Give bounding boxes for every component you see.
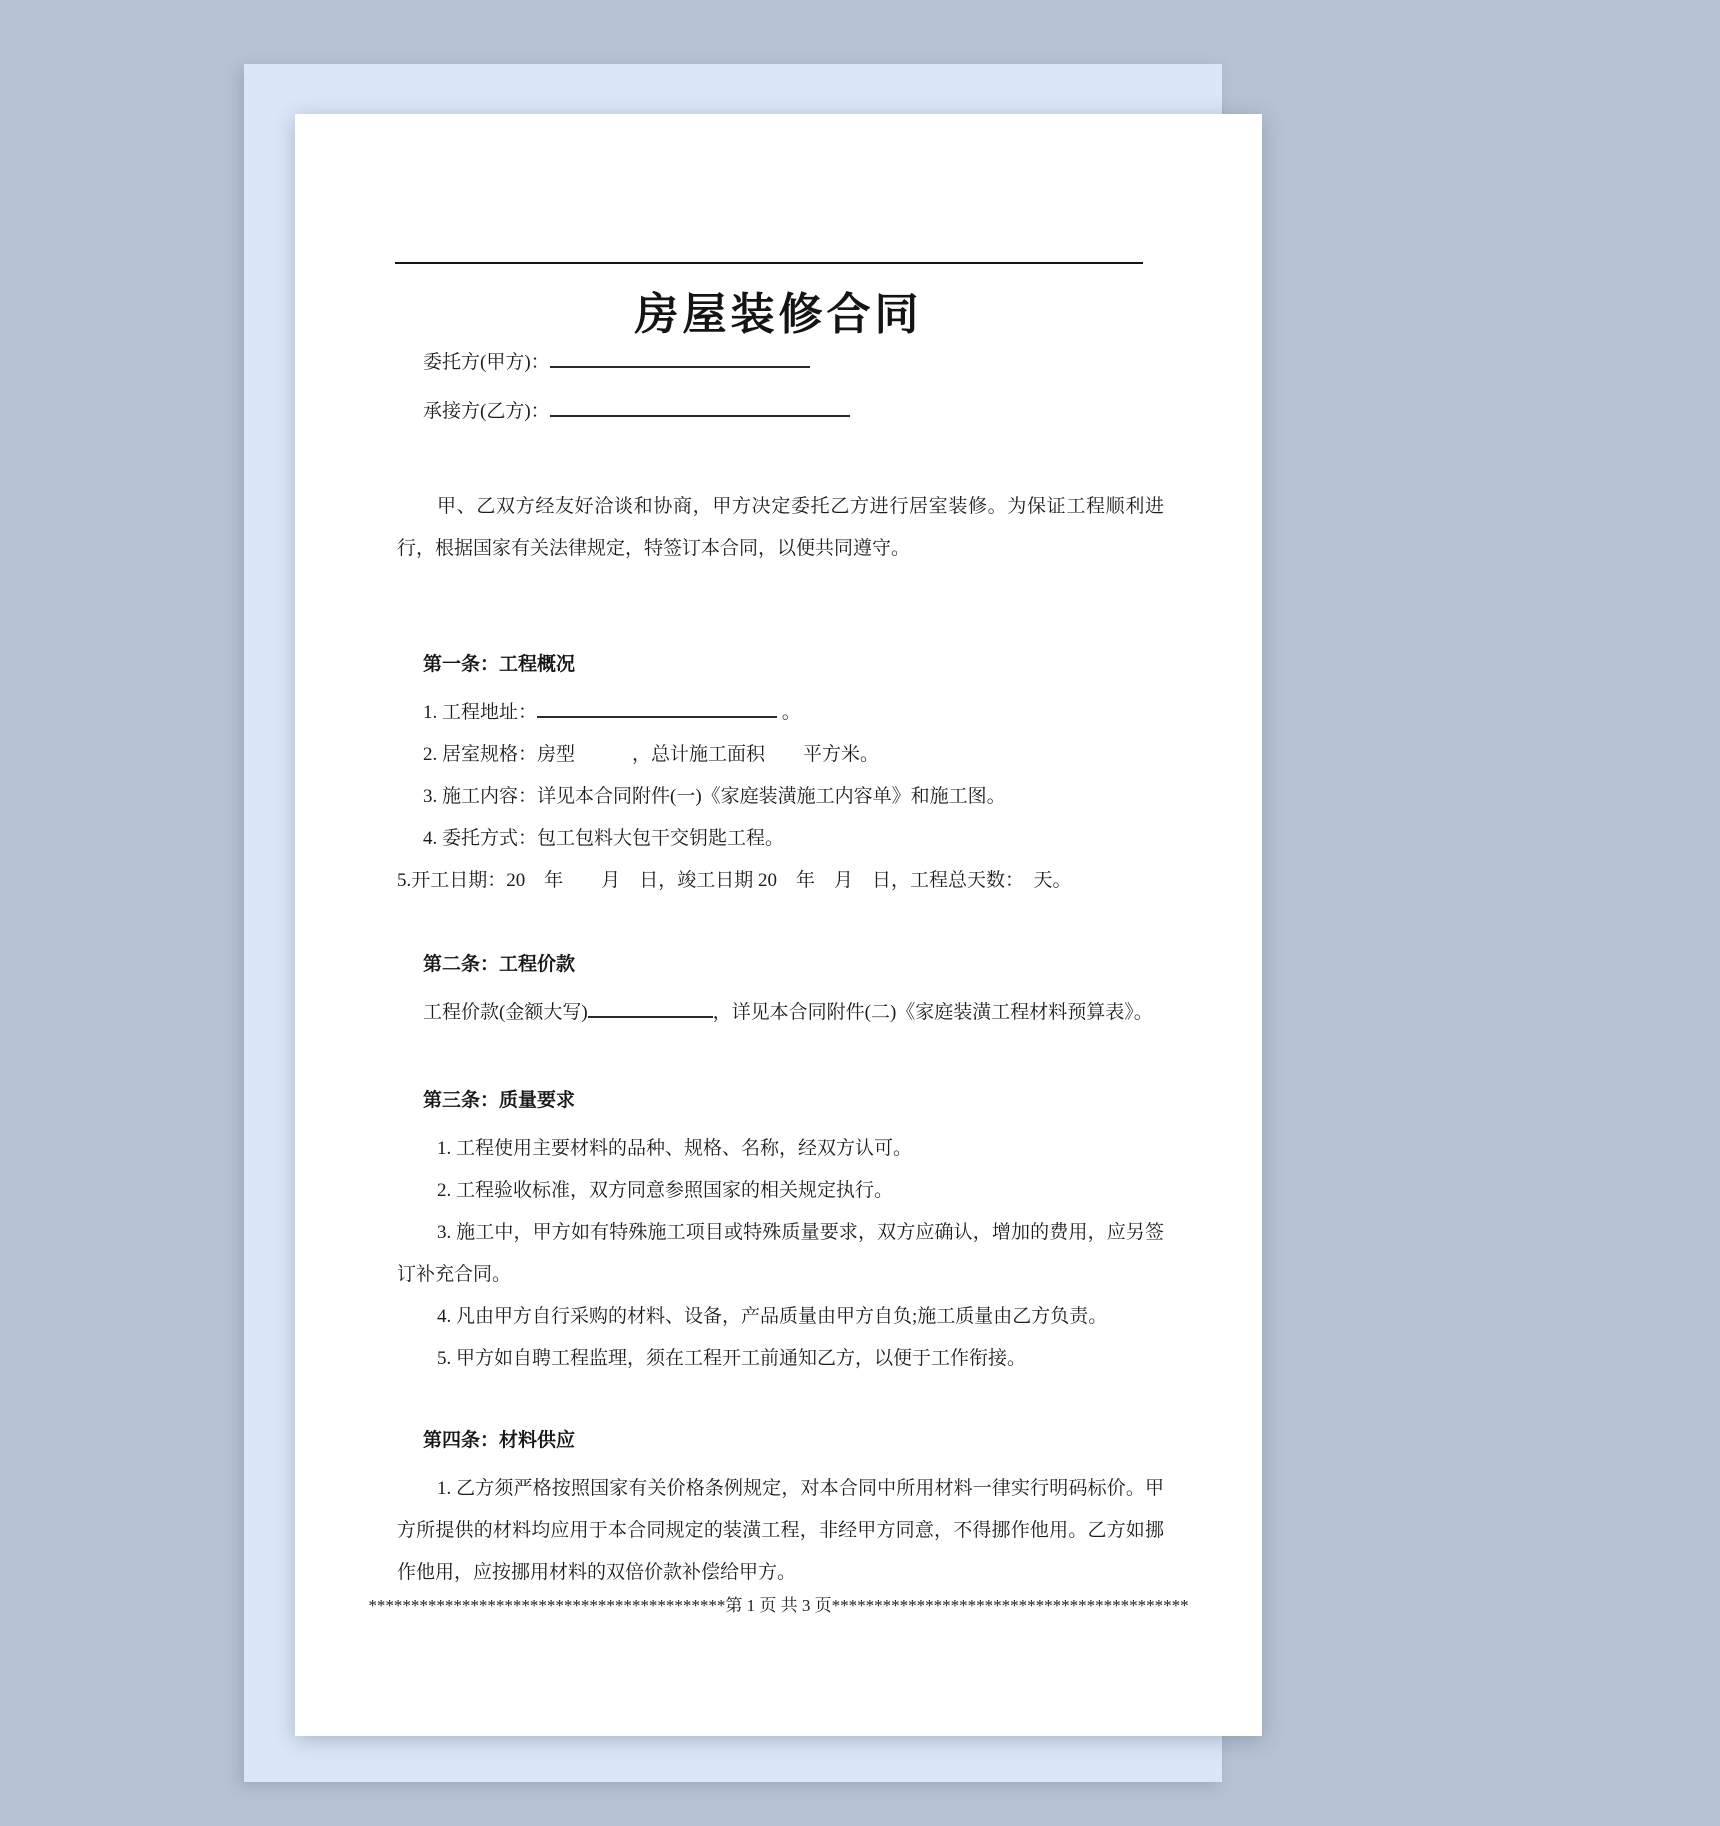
document-body: 委托方(甲方)： 承接方(乙方)： 甲、乙双方经友好洽谈和协商，甲方决定委托乙方… xyxy=(397,338,1164,1594)
section-1-item-1: 1. 工程地址： 。 xyxy=(397,692,1164,734)
price-suffix: ，详见本合同附件(二)《家庭装潢工程材料预算表》。 xyxy=(713,1002,1153,1023)
section-3-item-2: 2. 工程验收标准，双方同意参照国家的相关规定执行。 xyxy=(397,1170,1164,1212)
party-b-blank-line xyxy=(550,400,850,417)
page-footer: ****************************************… xyxy=(335,1594,1222,1618)
document-title: 房屋装修合同 xyxy=(295,278,1262,342)
party-a-label: 委托方(甲方)： xyxy=(423,352,550,373)
price-blank-line xyxy=(588,1001,713,1018)
section-1-heading: 第一条：工程概况 xyxy=(397,644,1164,686)
section-4-heading: 第四条：材料供应 xyxy=(397,1420,1164,1462)
footer-page-indicator: 第 1 页 共 3 页 xyxy=(725,1596,831,1615)
party-b-label: 承接方(乙方)： xyxy=(423,401,550,422)
section-1-item-3: 3. 施工内容：详见本合同附件(一)《家庭装潢施工内容单》和施工图。 xyxy=(397,776,1164,818)
section-2-body: 工程价款(金额大写)，详见本合同附件(二)《家庭装潢工程材料预算表》。 xyxy=(397,992,1164,1034)
project-address-blank-line xyxy=(537,701,777,718)
contract-page: 房屋装修合同 委托方(甲方)： 承接方(乙方)： 甲、乙双方经友好洽谈和协商，甲… xyxy=(295,114,1262,1736)
section-1-item-2: 2. 居室规格：房型 ，总计施工面积 平方米。 xyxy=(397,734,1164,776)
section-3-item-5: 5. 甲方如自聘工程监理，须在工程开工前通知乙方，以便于工作衔接。 xyxy=(397,1338,1164,1380)
title-divider-rule xyxy=(395,262,1143,264)
section-2-heading: 第二条：工程价款 xyxy=(397,944,1164,986)
intro-paragraph: 甲、乙双方经友好洽谈和协商，甲方决定委托乙方进行居室装修。为保证工程顺利进行，根… xyxy=(397,486,1164,570)
project-address-suffix: 。 xyxy=(777,702,801,723)
section-3-heading: 第三条：质量要求 xyxy=(397,1080,1164,1122)
footer-stars-right: ****************************************… xyxy=(832,1596,1189,1615)
section-4-item-1: 1. 乙方须严格按照国家有关价格条例规定，对本合同中所用材料一律实行明码标价。甲… xyxy=(397,1468,1164,1594)
price-label: 工程价款(金额大写) xyxy=(423,1002,588,1023)
party-a-blank-line xyxy=(550,351,810,368)
party-a-row: 委托方(甲方)： xyxy=(397,338,1164,387)
party-b-row: 承接方(乙方)： xyxy=(397,387,1164,436)
footer-stars-left: ****************************************… xyxy=(368,1596,725,1615)
section-3-item-3: 3. 施工中，甲方如有特殊施工项目或特殊质量要求，双方应确认，增加的费用，应另签… xyxy=(397,1212,1164,1296)
section-3-item-1: 1. 工程使用主要材料的品种、规格、名称，经双方认可。 xyxy=(397,1128,1164,1170)
project-address-label: 1. 工程地址： xyxy=(423,702,537,723)
section-1-item-4: 4. 委托方式：包工包料大包干交钥匙工程。 xyxy=(397,818,1164,860)
desktop-background: 房屋装修合同 委托方(甲方)： 承接方(乙方)： 甲、乙双方经友好洽谈和协商，甲… xyxy=(0,0,1720,1826)
section-1-item-5: 5.开工日期：20 年 月 日，竣工日期 20 年 月 日，工程总天数： 天。 xyxy=(397,860,1164,902)
section-3-item-4: 4. 凡由甲方自行采购的材料、设备，产品质量由甲方自负;施工质量由乙方负责。 xyxy=(397,1296,1164,1338)
